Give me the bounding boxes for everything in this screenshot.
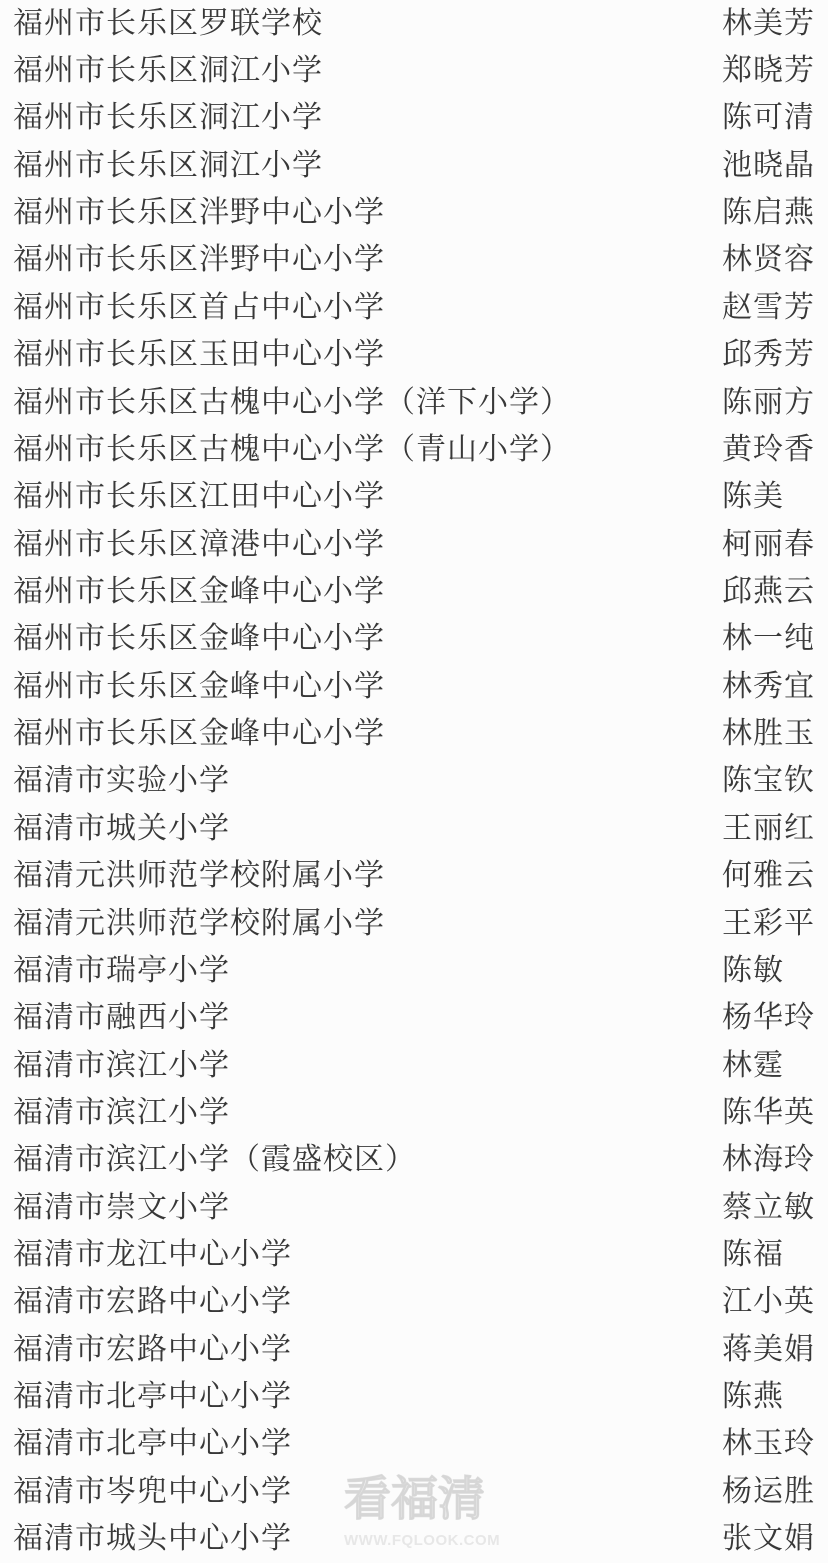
table-row: 福州市长乐区泮野中心小学 林贤容 [0,237,828,284]
teacher-cell: 王丽红 [722,814,828,844]
table-row: 福清市宏路中心小学 蒋美娟 [0,1326,828,1373]
table-row: 福州市长乐区金峰中心小学 林一纯 [0,616,828,663]
school-cell: 福州市长乐区泮野中心小学 [13,198,722,228]
table-row: 福州市长乐区洞江小学 池晓晶 [0,142,828,189]
table-row: 福州市长乐区泮野中心小学 陈启燕 [0,189,828,236]
table-row: 福清元洪师范学校附属小学 何雅云 [0,852,828,899]
school-cell: 福州市长乐区金峰中心小学 [13,672,722,702]
table-row: 福清市岑兜中心小学 杨运胜 [0,1468,828,1515]
table-row: 福清市崇文小学 蔡立敏 [0,1184,828,1231]
teacher-cell: 林秀宜 [722,672,828,702]
table-row: 福州市长乐区罗联学校 林美芳 [0,0,828,47]
table-row: 福清市融西小学 杨华玲 [0,995,828,1042]
table-row: 福州市长乐区江田中心小学 陈美 [0,474,828,521]
school-cell: 福清市城头中心小学 [13,1524,722,1554]
table-row: 福清市滨江小学 陈华英 [0,1089,828,1136]
roster-page: 福州市长乐区罗联学校 林美芳 福州市长乐区洞江小学 郑晓芳 福州市长乐区洞江小学… [0,0,828,1563]
school-cell: 福州市长乐区古槐中心小学（洋下小学） [13,388,722,418]
table-row: 福州市长乐区首占中心小学 赵雪芳 [0,284,828,331]
teacher-cell: 林霆 [722,1051,828,1081]
teacher-cell: 林一纯 [722,624,828,654]
teacher-cell: 邱秀芳 [722,340,828,370]
school-cell: 福清市崇文小学 [13,1193,722,1223]
school-cell: 福清市滨江小学（霞盛校区） [13,1145,722,1175]
table-row: 福州市长乐区洞江小学 陈可清 [0,95,828,142]
teacher-cell: 黄玲香 [722,435,828,465]
table-row: 福清市滨江小学 林霆 [0,1042,828,1089]
school-cell: 福州市长乐区漳港中心小学 [13,530,722,560]
school-cell: 福州市长乐区金峰中心小学 [13,577,722,607]
teacher-cell: 陈宝钦 [722,766,828,796]
school-cell: 福州市长乐区江田中心小学 [13,482,722,512]
school-name-list: 福州市长乐区罗联学校 林美芳 福州市长乐区洞江小学 郑晓芳 福州市长乐区洞江小学… [0,0,828,1563]
teacher-cell: 蔡立敏 [722,1193,828,1223]
table-row: 福清市实验小学 陈宝钦 [0,758,828,805]
table-row: 福清市北亭中心小学 陈燕 [0,1373,828,1420]
school-cell: 福州市长乐区洞江小学 [13,151,722,181]
school-cell: 福州市长乐区玉田中心小学 [13,340,722,370]
school-cell: 福清市岑兜中心小学 [13,1477,722,1507]
teacher-cell: 陈福 [722,1240,828,1270]
table-row: 福清市瑞亭小学 陈敏 [0,947,828,994]
school-cell: 福清市滨江小学 [13,1098,722,1128]
table-row: 福清市城头中心小学 张文娟 [0,1516,828,1563]
teacher-cell: 何雅云 [722,861,828,891]
school-cell: 福州市长乐区金峰中心小学 [13,719,722,749]
table-row: 福州市长乐区金峰中心小学 邱燕云 [0,568,828,615]
table-row: 福清元洪师范学校附属小学 王彩平 [0,900,828,947]
school-cell: 福清市龙江中心小学 [13,1240,722,1270]
teacher-cell: 郑晓芳 [722,56,828,86]
school-cell: 福州市长乐区古槐中心小学（青山小学） [13,435,722,465]
teacher-cell: 邱燕云 [722,577,828,607]
school-cell: 福州市长乐区洞江小学 [13,103,722,133]
school-cell: 福清市宏路中心小学 [13,1335,722,1365]
school-cell: 福清市实验小学 [13,766,722,796]
table-row: 福清市城关小学 王丽红 [0,805,828,852]
school-cell: 福清市北亭中心小学 [13,1429,722,1459]
teacher-cell: 陈启燕 [722,198,828,228]
teacher-cell: 陈敏 [722,956,828,986]
teacher-cell: 柯丽春 [722,530,828,560]
table-row: 福州市长乐区玉田中心小学 邱秀芳 [0,332,828,379]
school-cell: 福清元洪师范学校附属小学 [13,909,722,939]
school-cell: 福清市城关小学 [13,814,722,844]
teacher-cell: 林美芳 [722,9,828,39]
school-cell: 福清市滨江小学 [13,1051,722,1081]
teacher-cell: 陈美 [722,482,828,512]
table-row: 福清市龙江中心小学 陈福 [0,1231,828,1278]
teacher-cell: 林胜玉 [722,719,828,749]
table-row: 福州市长乐区金峰中心小学 林胜玉 [0,710,828,757]
table-row: 福清市北亭中心小学 林玉玲 [0,1421,828,1468]
teacher-cell: 赵雪芳 [722,293,828,323]
teacher-cell: 林贤容 [722,245,828,275]
teacher-cell: 陈燕 [722,1382,828,1412]
school-cell: 福州市长乐区洞江小学 [13,56,722,86]
teacher-cell: 杨华玲 [722,1003,828,1033]
school-cell: 福清市北亭中心小学 [13,1382,722,1412]
table-row: 福清市滨江小学（霞盛校区） 林海玲 [0,1137,828,1184]
teacher-cell: 杨运胜 [722,1477,828,1507]
teacher-cell: 陈丽方 [722,388,828,418]
teacher-cell: 林海玲 [722,1145,828,1175]
teacher-cell: 林玉玲 [722,1429,828,1459]
teacher-cell: 陈华英 [722,1098,828,1128]
school-cell: 福州市长乐区首占中心小学 [13,293,722,323]
school-cell: 福州市长乐区罗联学校 [13,9,722,39]
teacher-cell: 江小英 [722,1287,828,1317]
teacher-cell: 张文娟 [722,1524,828,1554]
table-row: 福州市长乐区古槐中心小学（青山小学） 黄玲香 [0,426,828,473]
table-row: 福州市长乐区漳港中心小学 柯丽春 [0,521,828,568]
school-cell: 福州市长乐区金峰中心小学 [13,624,722,654]
table-row: 福州市长乐区古槐中心小学（洋下小学） 陈丽方 [0,379,828,426]
school-cell: 福清市宏路中心小学 [13,1287,722,1317]
table-row: 福州市长乐区金峰中心小学 林秀宜 [0,663,828,710]
school-cell: 福清元洪师范学校附属小学 [13,861,722,891]
school-cell: 福清市融西小学 [13,1003,722,1033]
teacher-cell: 池晓晶 [722,151,828,181]
teacher-cell: 王彩平 [722,909,828,939]
school-cell: 福州市长乐区泮野中心小学 [13,245,722,275]
table-row: 福州市长乐区洞江小学 郑晓芳 [0,47,828,94]
teacher-cell: 蒋美娟 [722,1335,828,1365]
school-cell: 福清市瑞亭小学 [13,956,722,986]
table-row: 福清市宏路中心小学 江小英 [0,1279,828,1326]
teacher-cell: 陈可清 [722,103,828,133]
